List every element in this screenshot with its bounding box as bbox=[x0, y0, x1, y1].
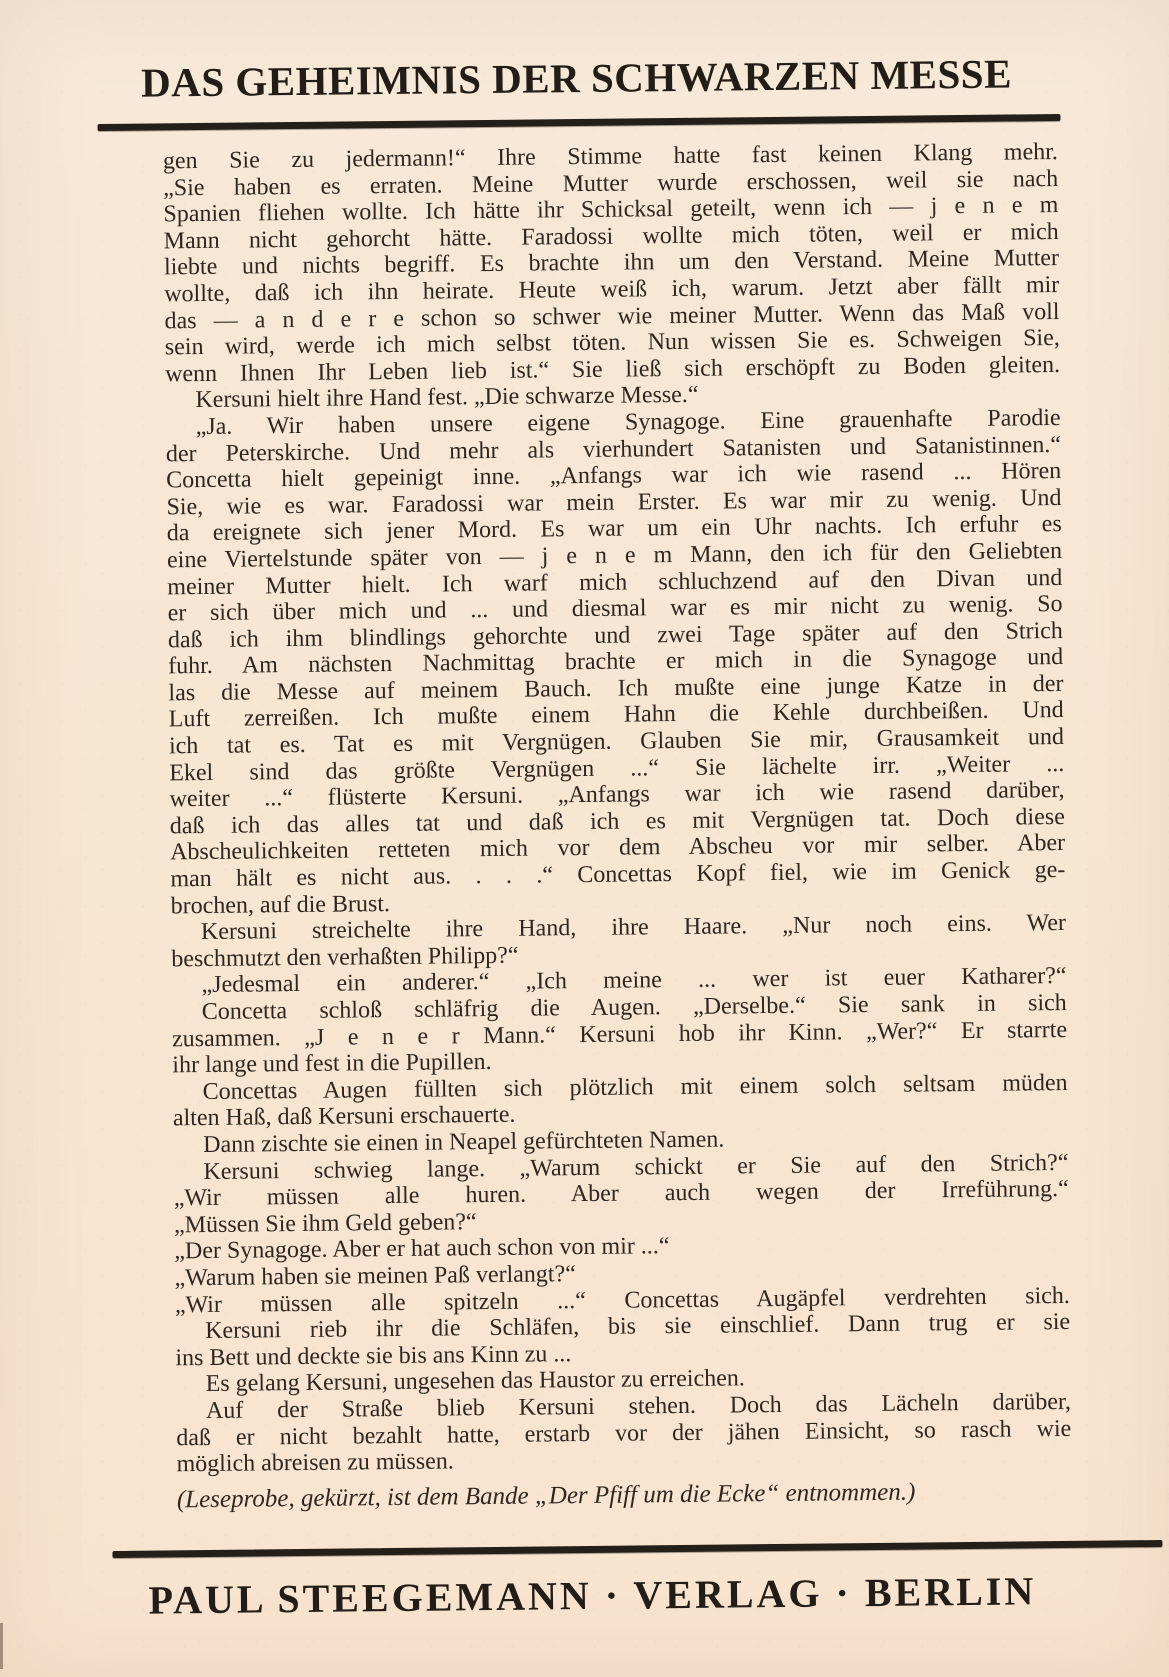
body-text: gen Sie zu jedermann!“ Ihre Stimme hatte… bbox=[163, 139, 1072, 1478]
scanned-book-page: DAS GEHEIMNIS DER SCHWARZEN MESSE gen Si… bbox=[0, 0, 1169, 1677]
title-divider-rule bbox=[97, 114, 1060, 131]
page-content: DAS GEHEIMNIS DER SCHWARZEN MESSE gen Si… bbox=[0, 0, 1169, 1677]
source-note: (Leseprobe, gekürzt, ist dem Bande „Der … bbox=[177, 1477, 1082, 1514]
publisher-line: PAUL STEEGEMANN · VERLAG · BERLIN bbox=[145, 1567, 1040, 1623]
page-title: DAS GEHEIMNIS DER SCHWARZEN MESSE bbox=[129, 49, 1024, 106]
footer-divider-rule bbox=[112, 1540, 1162, 1558]
